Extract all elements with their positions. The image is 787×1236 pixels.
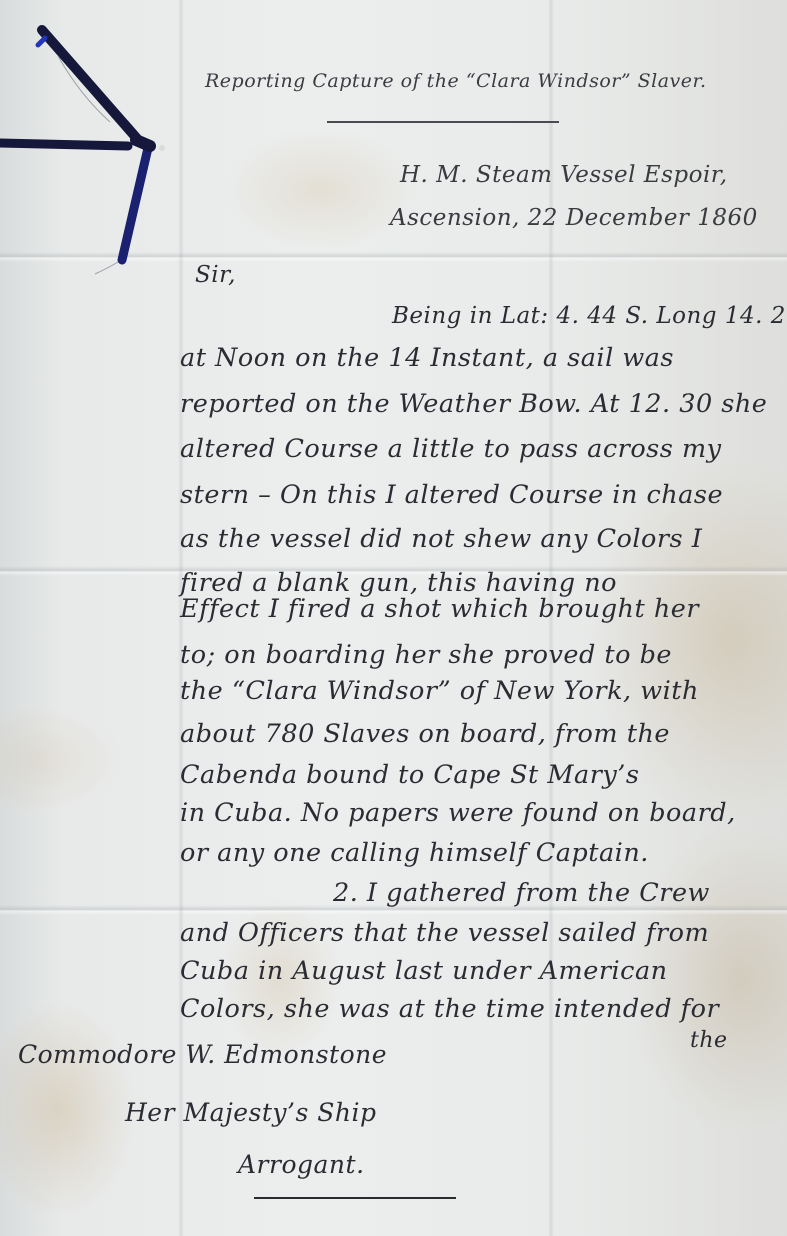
body-line: Effect I fired a shot which brought her: [180, 594, 699, 624]
title-underline: [327, 121, 559, 123]
body-line: Cabenda bound to Cape St Mary’s: [180, 760, 640, 790]
body-line: Being in Lat: 4. 44 S. Long 14. 21 E.: [392, 303, 787, 329]
letter-page: Reporting Capture of the “Clara Windsor”…: [0, 0, 787, 1236]
body-line: about 780 Slaves on board, from the: [180, 719, 670, 749]
binding-thread-icon: [0, 0, 200, 290]
letter-title: Reporting Capture of the “Clara Windsor”…: [205, 70, 707, 92]
body-line: at Noon on the 14 Instant, a sail was: [180, 343, 674, 373]
body-line: reported on the Weather Bow. At 12. 30 s…: [180, 389, 767, 419]
addressee-name: Commodore W. Edmonstone: [18, 1040, 387, 1069]
body-line: 2. I gathered from the Crew: [333, 878, 710, 908]
body-line: the “Clara Windsor” of New York, with: [180, 676, 699, 706]
body-line: in Cuba. No papers were found on board,: [180, 798, 736, 828]
body-line: to; on boarding her she proved to be: [180, 640, 672, 670]
body-line: stern – On this I altered Course in chas…: [180, 480, 723, 510]
body-line: and Officers that the vessel sailed from: [180, 918, 709, 948]
body-line: or any one calling himself Captain.: [180, 838, 649, 868]
salutation: Sir,: [195, 262, 236, 288]
addressee-ship-name: Arrogant.: [238, 1150, 365, 1179]
body-line: Cuba in August last under American: [180, 956, 668, 986]
body-line: as the vessel did not shew any Colors I: [180, 524, 702, 554]
heading-place-date: Ascension, 22 December 1860: [390, 205, 758, 231]
addressee-ship-line: Her Majesty’s Ship: [125, 1098, 377, 1127]
heading-vessel: H. M. Steam Vessel Espoir,: [400, 162, 728, 188]
body-line: the: [690, 1028, 728, 1053]
body-line: Colors, she was at the time intended for: [180, 994, 719, 1024]
addressee-underline: [254, 1197, 456, 1199]
body-line: altered Course a little to pass across m…: [180, 434, 722, 464]
